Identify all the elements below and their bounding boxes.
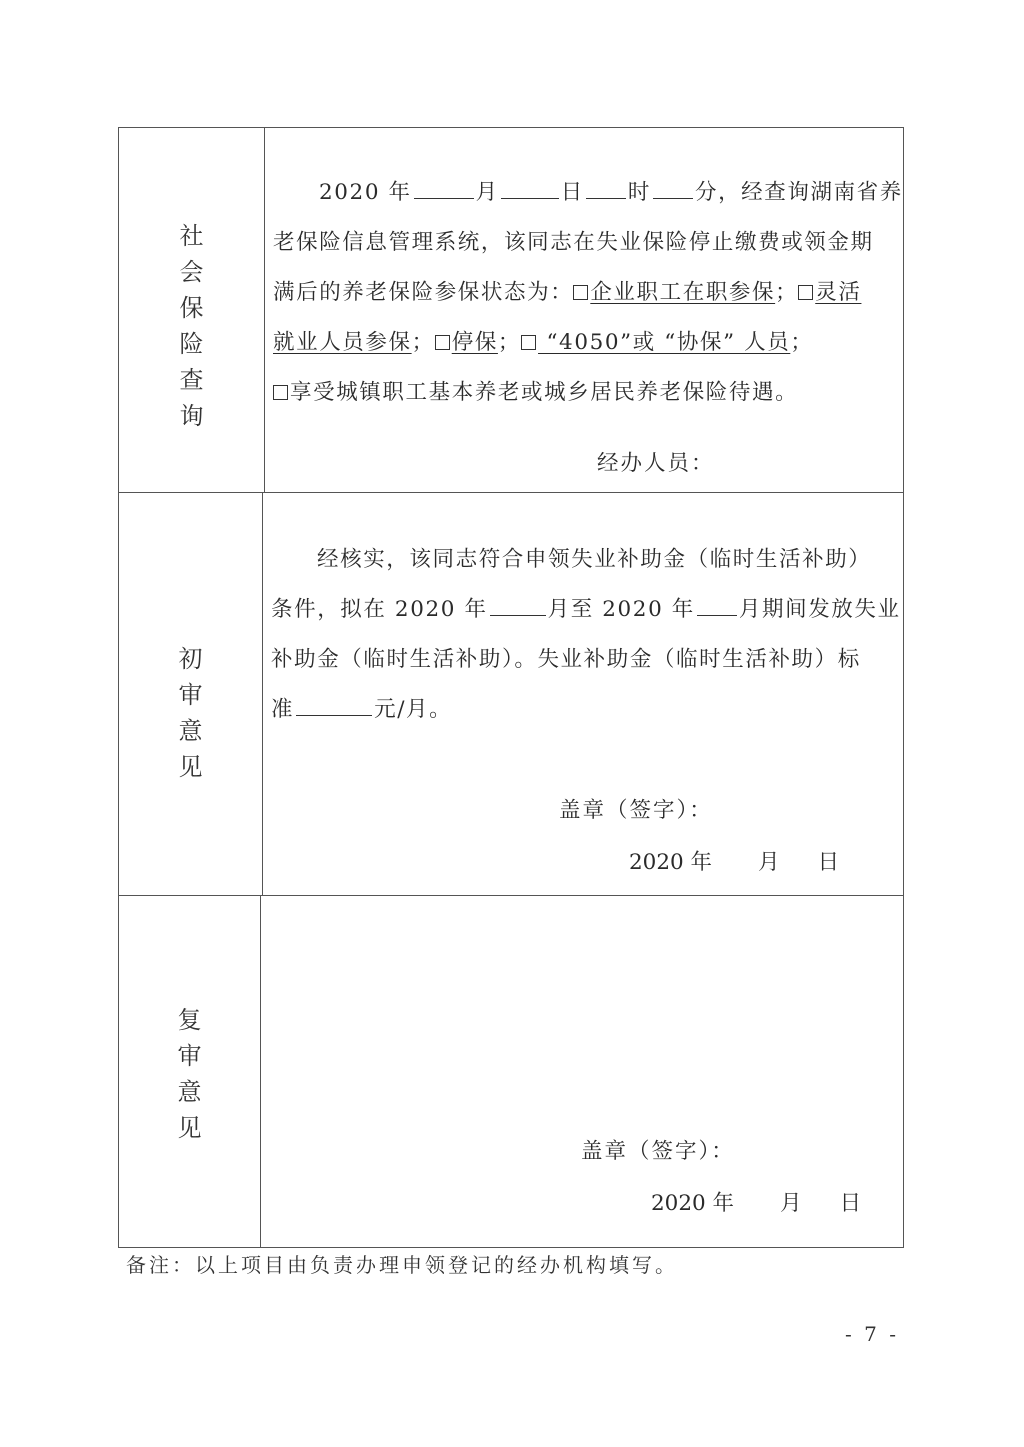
checkbox-suspended[interactable]	[435, 335, 450, 350]
label-char: 保	[180, 290, 204, 326]
form-table: 社 会 保 险 查 询 2020 年月日时分，经查询湖南省养 老保险信息管理系统…	[118, 127, 904, 1248]
label-char: 询	[180, 398, 204, 434]
checkbox-receiving-pension[interactable]	[273, 385, 288, 400]
content-cell: 经核实，该同志符合申领失业补助金（临时生活补助） 条件，拟在 2020 年月至 …	[263, 493, 903, 895]
row-initial-review: 初 审 意 见 经核实，该同志符合申领失业补助金（临时生活补助） 条件，拟在 2…	[119, 493, 903, 896]
vertical-label-initial-review: 初 审 意 见	[119, 641, 262, 785]
query-line-3: 满后的养老保险参保状态为：企业职工在职参保；灵活	[273, 268, 895, 318]
re-review-date: 2020 年月日	[651, 1186, 861, 1217]
month-blank[interactable]	[414, 176, 474, 199]
checkbox-enterprise-employee[interactable]	[573, 285, 588, 300]
query-line-5: 享受城镇职工基本养老或城乡居民养老保险待遇。	[273, 368, 895, 418]
start-month-blank[interactable]	[490, 593, 546, 616]
row-social-insurance-query: 社 会 保 险 查 询 2020 年月日时分，经查询湖南省养 老保险信息管理系统…	[119, 128, 903, 493]
query-line-1: 2020 年月日时分，经查询湖南省养	[273, 168, 895, 218]
query-paragraph: 2020 年月日时分，经查询湖南省养 老保险信息管理系统，该同志在失业保险停止缴…	[273, 168, 895, 418]
label-cell: 复 审 意 见	[119, 896, 261, 1247]
query-line-4: 就业人员参保；停保； “4050”或 “协保” 人员；	[273, 318, 895, 368]
review-line-4: 准元/月。	[271, 685, 895, 735]
initial-review-seal-label: 盖章（签字）：	[559, 793, 713, 824]
checkbox-flexible-employment[interactable]	[798, 285, 813, 300]
label-char: 会	[180, 254, 204, 290]
document-page: 社 会 保 险 查 询 2020 年月日时分，经查询湖南省养 老保险信息管理系统…	[0, 0, 1024, 1447]
page-number: - 7 -	[845, 1322, 899, 1346]
vertical-label-re-review: 复 审 意 见	[119, 1002, 260, 1146]
label-char: 初	[179, 641, 203, 677]
label-char: 见	[179, 749, 203, 785]
option-4050-or-xiebao: “4050”或 “协保” 人员	[538, 330, 790, 355]
option-flexible-employment-a: 灵活	[815, 280, 861, 305]
label-char: 险	[180, 326, 204, 362]
label-cell: 初 审 意 见	[119, 493, 263, 895]
review-line-3: 补助金（临时生活补助）。失业补助金（临时生活补助）标	[271, 635, 895, 685]
label-char: 见	[178, 1110, 202, 1146]
checkbox-4050-or-xiebao[interactable]	[521, 335, 536, 350]
label-char: 意	[179, 713, 203, 749]
label-char: 审	[179, 677, 203, 713]
end-month-blank[interactable]	[697, 593, 737, 616]
review-line-2: 条件，拟在 2020 年月至 2020 年月期间发放失业	[271, 585, 895, 635]
minute-blank[interactable]	[653, 176, 693, 199]
vertical-label-social-insurance-query: 社 会 保 险 查 询	[119, 218, 264, 434]
label-char: 社	[180, 218, 204, 254]
day-blank[interactable]	[501, 176, 559, 199]
option-enterprise-employee: 企业职工在职参保	[590, 280, 775, 305]
label-char: 意	[178, 1074, 202, 1110]
option-suspended: 停保	[452, 330, 498, 355]
re-review-seal-label: 盖章（签字）：	[581, 1134, 735, 1165]
label-char: 查	[180, 362, 204, 398]
initial-review-date: 2020 年月日	[629, 845, 839, 876]
review-line-1: 经核实，该同志符合申领失业补助金（临时生活补助）	[271, 535, 895, 585]
initial-review-paragraph: 经核实，该同志符合申领失业补助金（临时生活补助） 条件，拟在 2020 年月至 …	[271, 535, 895, 735]
hour-blank[interactable]	[586, 176, 626, 199]
content-cell: 2020 年月日时分，经查询湖南省养 老保险信息管理系统，该同志在失业保险停止缴…	[265, 128, 903, 492]
content-cell[interactable]: 盖章（签字）： 2020 年月日	[261, 896, 903, 1247]
label-char: 复	[178, 1002, 202, 1038]
row-re-review: 复 审 意 见 盖章（签字）： 2020 年月日	[119, 896, 903, 1247]
amount-blank[interactable]	[296, 693, 372, 716]
option-flexible-employment-b: 就业人员参保	[273, 330, 412, 355]
footer-note: 备注：以上项目由负责办理申领登记的经办机构填写。	[126, 1249, 678, 1278]
label-cell: 社 会 保 险 查 询	[119, 128, 265, 492]
query-line-2: 老保险信息管理系统，该同志在失业保险停止缴费或领金期	[273, 218, 895, 268]
option-receiving-pension: 享受城镇职工基本养老或城乡居民养老保险待遇。	[290, 380, 798, 405]
handler-label: 经办人员：	[597, 446, 715, 477]
label-char: 审	[178, 1038, 202, 1074]
